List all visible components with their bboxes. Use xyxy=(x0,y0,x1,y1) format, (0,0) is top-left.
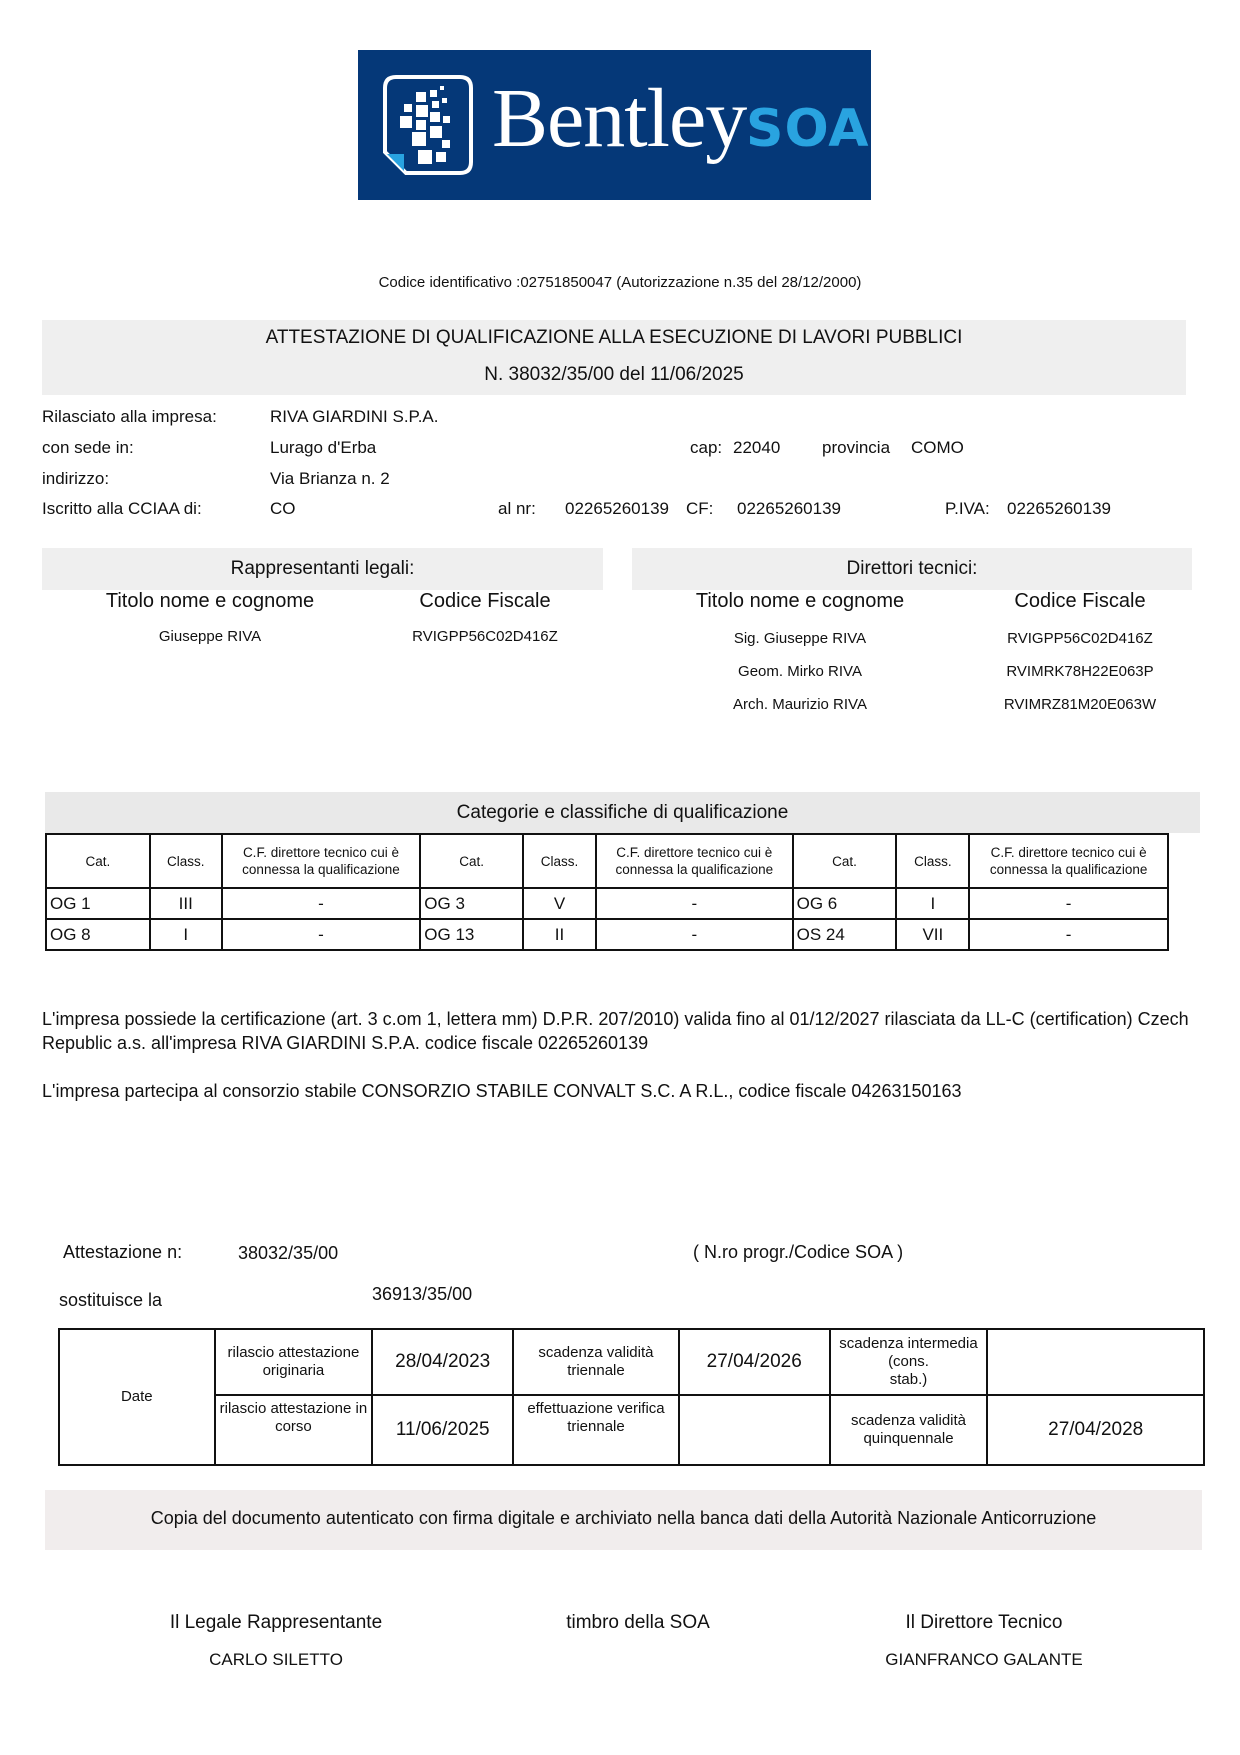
header-class: Class. xyxy=(896,834,969,888)
attestazione-value: 38032/35/00 xyxy=(238,1243,338,1264)
header-class: Class. xyxy=(150,834,222,888)
piva-value: 02265260139 xyxy=(1007,499,1111,519)
rappresentante-name: Giuseppe RIVA xyxy=(70,628,350,645)
direttori-name-header: Titolo nome e cognome xyxy=(660,590,940,613)
cat-cell: OG 6 xyxy=(793,888,897,919)
rilascio-corso-label: rilascio attestazione in corso xyxy=(215,1395,373,1465)
direttore-name: Geom. Mirko RIVA xyxy=(660,663,940,680)
rilascio-originaria-label: rilascio attestazione originaria xyxy=(215,1329,373,1395)
sede-value: Lurago d'Erba xyxy=(270,438,376,458)
consorzio-note: L'impresa partecipa al consorzio stabile… xyxy=(42,1079,1212,1103)
title-band: ATTESTAZIONE DI QUALIFICAZIONE ALLA ESEC… xyxy=(42,320,1186,395)
class-cell: II xyxy=(523,919,596,950)
categorie-header-row: Cat. Class. C.F. direttore tecnico cui è… xyxy=(46,834,1168,888)
header-cat: Cat. xyxy=(420,834,523,888)
dates-row: rilascio attestazione in corso 11/06/202… xyxy=(59,1395,1204,1465)
bentley-soa-logo: Bentley SOA xyxy=(358,50,871,200)
verifica-triennale-value xyxy=(679,1395,830,1465)
header-cat: Cat. xyxy=(46,834,150,888)
date-label-cell: Date xyxy=(59,1329,215,1465)
attestazione-label: Attestazione n: xyxy=(63,1242,182,1263)
rappresentanti-name-header: Titolo nome e cognome xyxy=(70,590,350,613)
categorie-table: Cat. Class. C.F. direttore tecnico cui è… xyxy=(45,833,1169,951)
scadenza-quinquennale-value: 27/04/2028 xyxy=(987,1395,1204,1465)
logo-suffix-text: SOA xyxy=(746,94,870,164)
rilasciato-label: Rilasciato alla impresa: xyxy=(42,407,217,427)
cf-label: CF: xyxy=(686,499,713,519)
cat-cell: OG 1 xyxy=(46,888,150,919)
scadenza-intermedia-line: (cons. xyxy=(831,1353,987,1371)
table-row: OG 1 III - OG 3 V - OG 6 I - xyxy=(46,888,1168,919)
sostituisce-label: sostituisce la xyxy=(59,1290,162,1311)
rilascio-corso-value: 11/06/2025 xyxy=(372,1395,513,1465)
cf-cell: - xyxy=(596,919,793,950)
header-cf-direttore: C.F. direttore tecnico cui è connessa la… xyxy=(969,834,1168,888)
indirizzo-value: Via Brianza n. 2 xyxy=(270,469,390,489)
cciaa-label: Iscritto alla CCIAA di: xyxy=(42,499,202,519)
timbro-soa: timbro della SOA xyxy=(458,1612,818,1634)
dates-table: Date rilascio attestazione originaria 28… xyxy=(58,1328,1205,1466)
header-cf-direttore: C.F. direttore tecnico cui è connessa la… xyxy=(596,834,793,888)
provincia-value: COMO xyxy=(911,438,964,458)
certificazione-note: L'impresa possiede la certificazione (ar… xyxy=(42,1007,1212,1055)
copia-note: Copia del documento autenticato con firm… xyxy=(45,1490,1202,1550)
cf-cell: - xyxy=(222,888,421,919)
legale-name: CARLO SILETTO xyxy=(96,1650,456,1670)
scadenza-quinquennale-label: scadenza validità quinquennale xyxy=(830,1395,988,1465)
scadenza-triennale-value: 27/04/2026 xyxy=(679,1329,830,1395)
sostituisce-value: 36913/35/00 xyxy=(372,1284,472,1305)
direttore-cf: RVIGPP56C02D416Z xyxy=(965,630,1195,647)
scadenza-intermedia-value xyxy=(987,1329,1204,1395)
cat-cell: OG 13 xyxy=(420,919,523,950)
progr-note: ( N.ro progr./Codice SOA ) xyxy=(693,1242,903,1263)
cap-label: cap: xyxy=(690,438,722,458)
rappresentanti-band: Rappresentanti legali: xyxy=(42,548,603,590)
header-cat: Cat. xyxy=(793,834,897,888)
class-cell: I xyxy=(896,888,969,919)
header-class: Class. xyxy=(523,834,596,888)
scadenza-intermedia-line: scadenza intermedia xyxy=(831,1335,987,1353)
logo-brand-text: Bentley xyxy=(492,64,746,174)
document-pixels-icon xyxy=(382,74,474,176)
rilascio-originaria-value: 28/04/2023 xyxy=(372,1329,513,1395)
scadenza-intermedia-label: scadenza intermedia (cons. stab.) xyxy=(830,1329,988,1395)
sede-label: con sede in: xyxy=(42,438,134,458)
cf-cell: - xyxy=(969,919,1168,950)
indirizzo-label: indirizzo: xyxy=(42,469,109,489)
cat-cell: OS 24 xyxy=(793,919,897,950)
cf-cell: - xyxy=(969,888,1168,919)
cat-cell: OG 8 xyxy=(46,919,150,950)
piva-label: P.IVA: xyxy=(945,499,990,519)
class-cell: V xyxy=(523,888,596,919)
class-cell: I xyxy=(150,919,222,950)
alnr-label: al nr: xyxy=(498,499,536,519)
document-title: ATTESTAZIONE DI QUALIFICAZIONE ALLA ESEC… xyxy=(42,327,1186,349)
rappresentante-cf: RVIGPP56C02D416Z xyxy=(375,628,595,645)
cf-cell: - xyxy=(222,919,421,950)
direttore-name: GIANFRANCO GALANTE xyxy=(804,1650,1164,1670)
direttore-cf: RVIMRZ81M20E063W xyxy=(965,696,1195,713)
cat-cell: OG 3 xyxy=(420,888,523,919)
direttore-name: Sig. Giuseppe RIVA xyxy=(660,630,940,647)
class-cell: III xyxy=(150,888,222,919)
categorie-band: Categorie e classifiche di qualificazion… xyxy=(45,792,1200,833)
cap-value: 22040 xyxy=(733,438,780,458)
direttore-title: Il Direttore Tecnico xyxy=(804,1612,1164,1634)
table-row: OG 8 I - OG 13 II - OS 24 VII - xyxy=(46,919,1168,950)
direttore-name: Arch. Maurizio RIVA xyxy=(660,696,940,713)
class-cell: VII xyxy=(896,919,969,950)
codice-identificativo: Codice identificativo :02751850047 (Auto… xyxy=(0,274,1240,291)
scadenza-triennale-label: scadenza validità triennale xyxy=(513,1329,679,1395)
cciaa-value: CO xyxy=(270,499,296,519)
provincia-label: provincia xyxy=(822,438,890,458)
verifica-triennale-label: effettuazione verifica triennale xyxy=(513,1395,679,1465)
direttori-cf-header: Codice Fiscale xyxy=(965,590,1195,613)
cf-cell: - xyxy=(596,888,793,919)
company-name: RIVA GIARDINI S.P.A. xyxy=(270,407,438,427)
direttore-cf: RVIMRK78H22E063P xyxy=(965,663,1195,680)
rappresentanti-cf-header: Codice Fiscale xyxy=(375,590,595,613)
direttori-band: Direttori tecnici: xyxy=(632,548,1192,590)
dates-row: Date rilascio attestazione originaria 28… xyxy=(59,1329,1204,1395)
scadenza-intermedia-line: stab.) xyxy=(831,1371,987,1389)
legale-title: Il Legale Rappresentante xyxy=(96,1612,456,1634)
cf-value: 02265260139 xyxy=(737,499,841,519)
document-number: N. 38032/35/00 del 11/06/2025 xyxy=(42,364,1186,386)
alnr-value: 02265260139 xyxy=(565,499,669,519)
header-cf-direttore: C.F. direttore tecnico cui è connessa la… xyxy=(222,834,421,888)
